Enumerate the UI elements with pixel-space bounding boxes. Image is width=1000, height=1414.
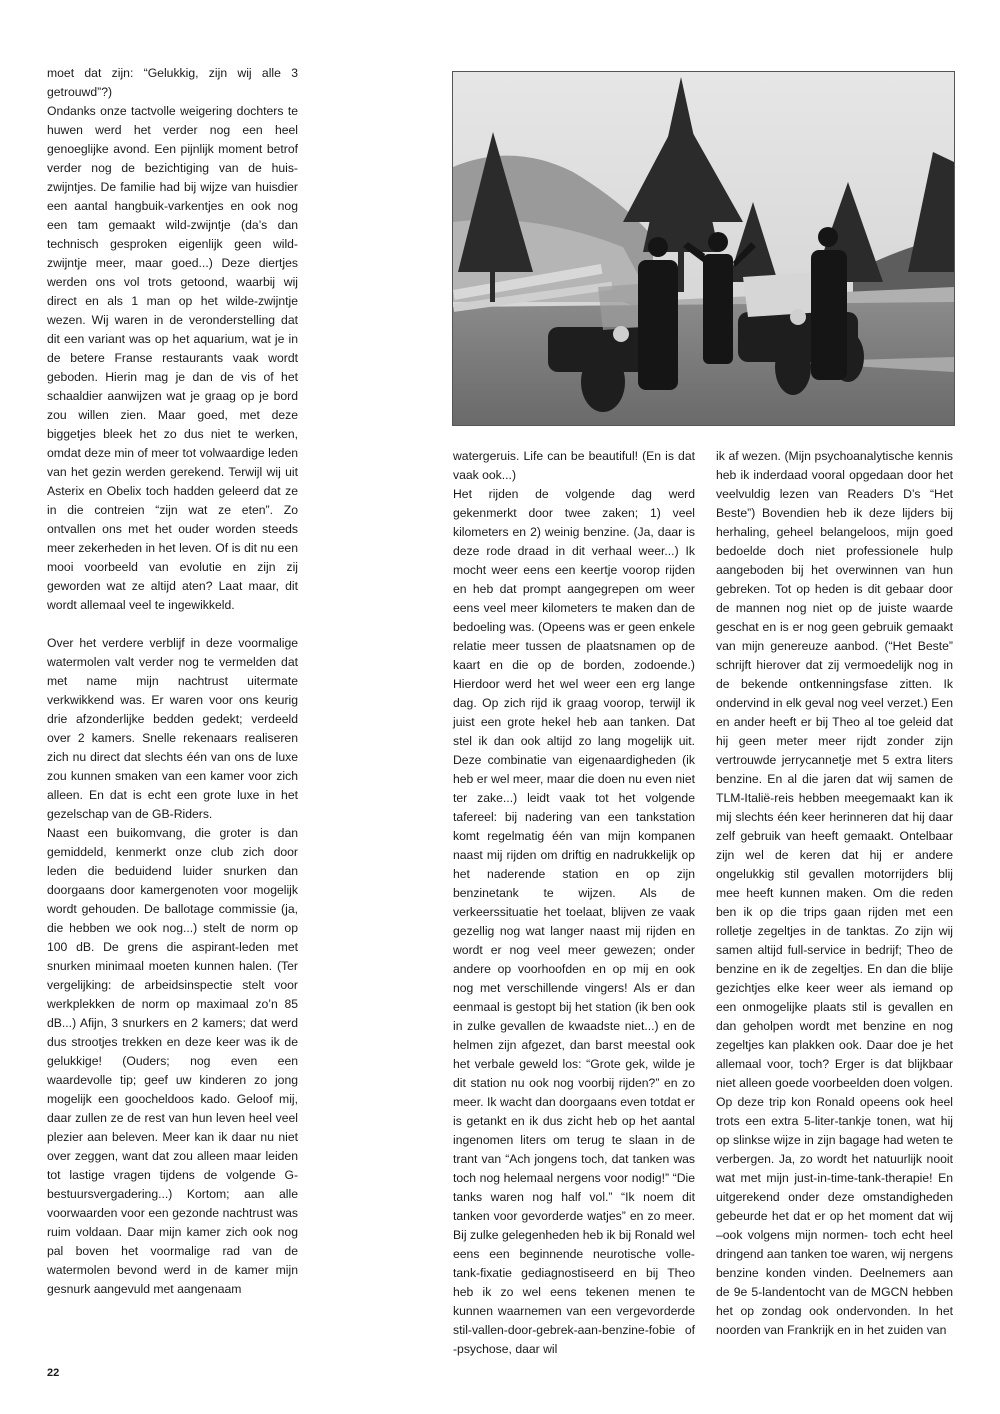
motorcycle-group-photo bbox=[452, 71, 955, 426]
paragraph: watergeruis. Life can be beautiful! (En … bbox=[453, 447, 695, 485]
article-column-3: ik af wezen. (Mijn psychoanalytische ken… bbox=[716, 447, 953, 1340]
paragraph: moet dat zijn: “Gelukkig, zijn wij alle … bbox=[47, 64, 298, 102]
paragraph: Naast een buikomvang, die groter is dan … bbox=[47, 824, 298, 1299]
paragraph: Ondanks onze tactvolle weigering dochter… bbox=[47, 102, 298, 615]
paragraph: Het rijden de volgende dag werd gekenmer… bbox=[453, 485, 695, 1359]
paragraph: ik af wezen. (Mijn psychoanalytische ken… bbox=[716, 447, 953, 1340]
paragraph: Over het verdere verblijf in deze voorma… bbox=[47, 634, 298, 824]
article-column-1: moet dat zijn: “Gelukkig, zijn wij alle … bbox=[47, 64, 298, 1299]
article-column-2: watergeruis. Life can be beautiful! (En … bbox=[453, 447, 695, 1359]
page-number: 22 bbox=[47, 1367, 59, 1379]
photo-image-icon bbox=[453, 72, 954, 425]
